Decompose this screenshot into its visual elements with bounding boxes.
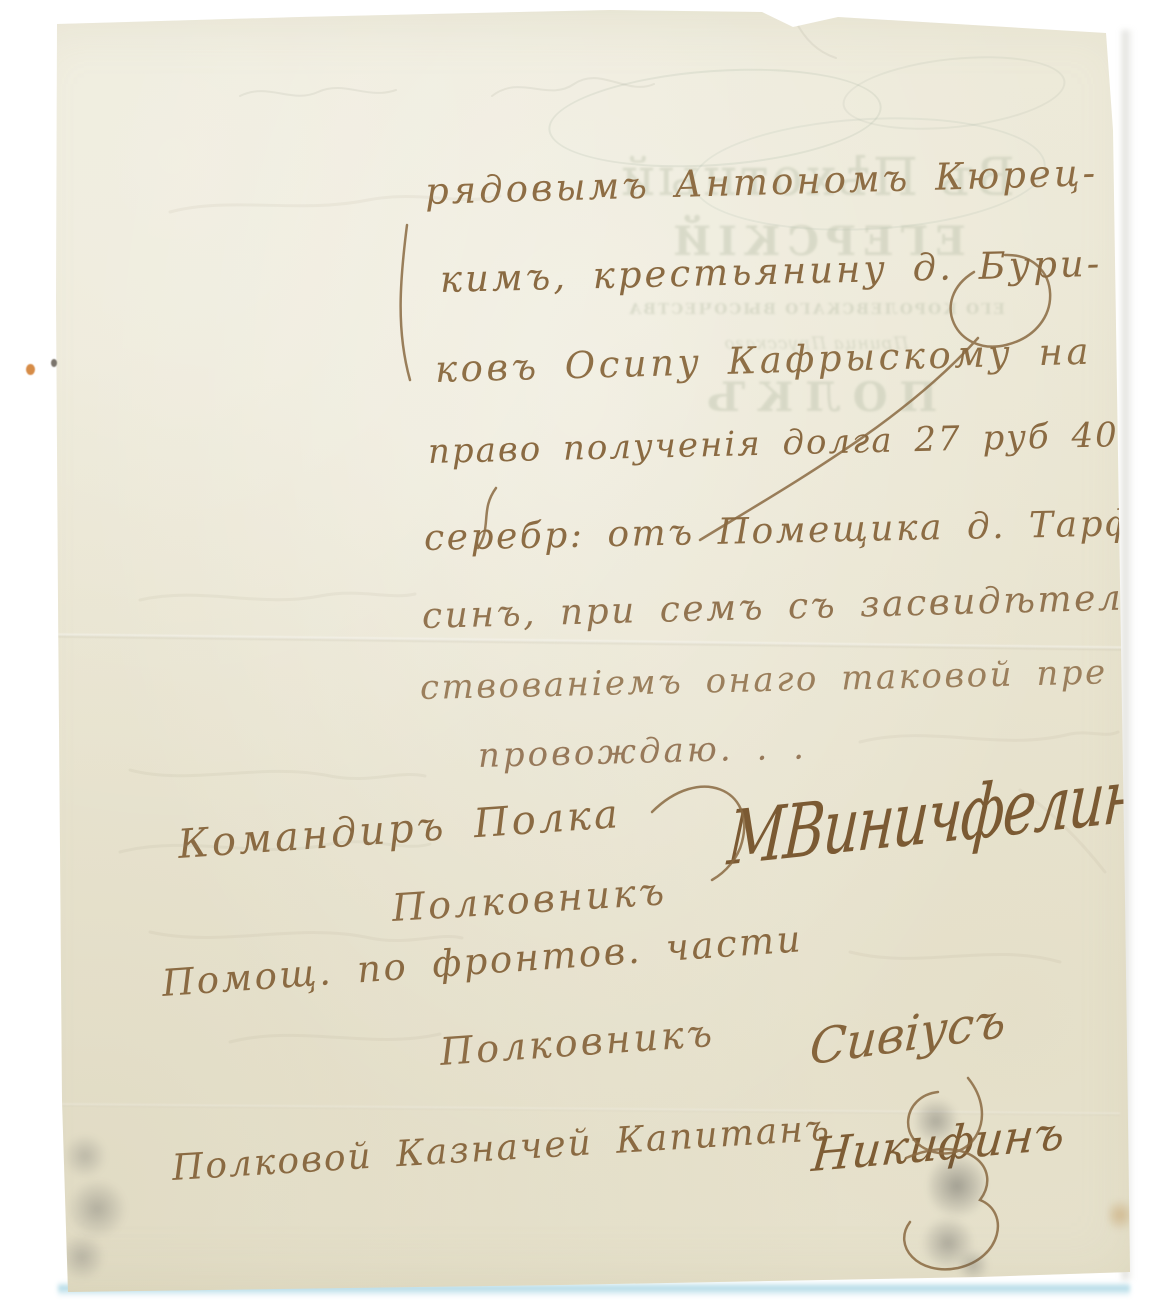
ink-smudge [928,1150,986,1222]
letterhead-line-royal-highness: ЕГО КОРОЛЕВСКАГО ВЫСОЧЕСТВА [596,300,1036,318]
commander-rank-line: Полковникъ [391,869,669,930]
paper-sheet: Въ Пѣхотный ЕГЕРСКІЙ ЕГО КОРОЛЕВСКАГО ВЫ… [0,0,1155,1300]
lead-in-descender [401,225,410,380]
assistant-signature: Сивіусъ [808,992,1008,1077]
corner-crease-mark [795,20,836,58]
assistant-rank-line: Полковникъ [438,1011,716,1074]
manuscript-line: ствованіемъ онаго таковой пре [420,652,1109,708]
verso-ink-ghost [130,770,425,779]
manuscript-line: серебр: отъ Помещика д. Тарфо- [424,502,1155,559]
verso-ink-ghost [140,593,415,600]
pencil-scribble-icon [240,88,396,96]
verso-ink-ghost [150,932,462,941]
horizontal-fold-crease [56,633,1126,650]
commander-title-line: Командиръ Полка [176,791,622,868]
dust-speck-orange [26,364,35,375]
verso-ink-ghost [860,732,1118,742]
scanned-manuscript-page: Въ Пѣхотный ЕГЕРСКІЙ ЕГО КОРОЛЕВСКАГО ВЫ… [0,0,1155,1300]
manuscript-line: синъ, при семъ съ засвидѣтель [421,577,1145,637]
treasurer-title-line: Полковой Казначей Капитанъ [171,1108,832,1189]
ink-smudge [915,1095,957,1147]
verso-ink-ghost [230,1034,440,1042]
edge-smudge [66,1180,128,1238]
edge-stain-tan [1108,1196,1132,1234]
dust-speck-dark [51,359,57,367]
ink-smudge [955,1250,991,1280]
manuscript-line: провождаю. . . [477,727,807,776]
edge-smudge [60,1232,104,1282]
assistant-title-line: Помощ. по фронтов. части [161,917,805,1005]
verso-ink-ghost [850,952,1060,962]
edge-smudge [62,1135,108,1177]
